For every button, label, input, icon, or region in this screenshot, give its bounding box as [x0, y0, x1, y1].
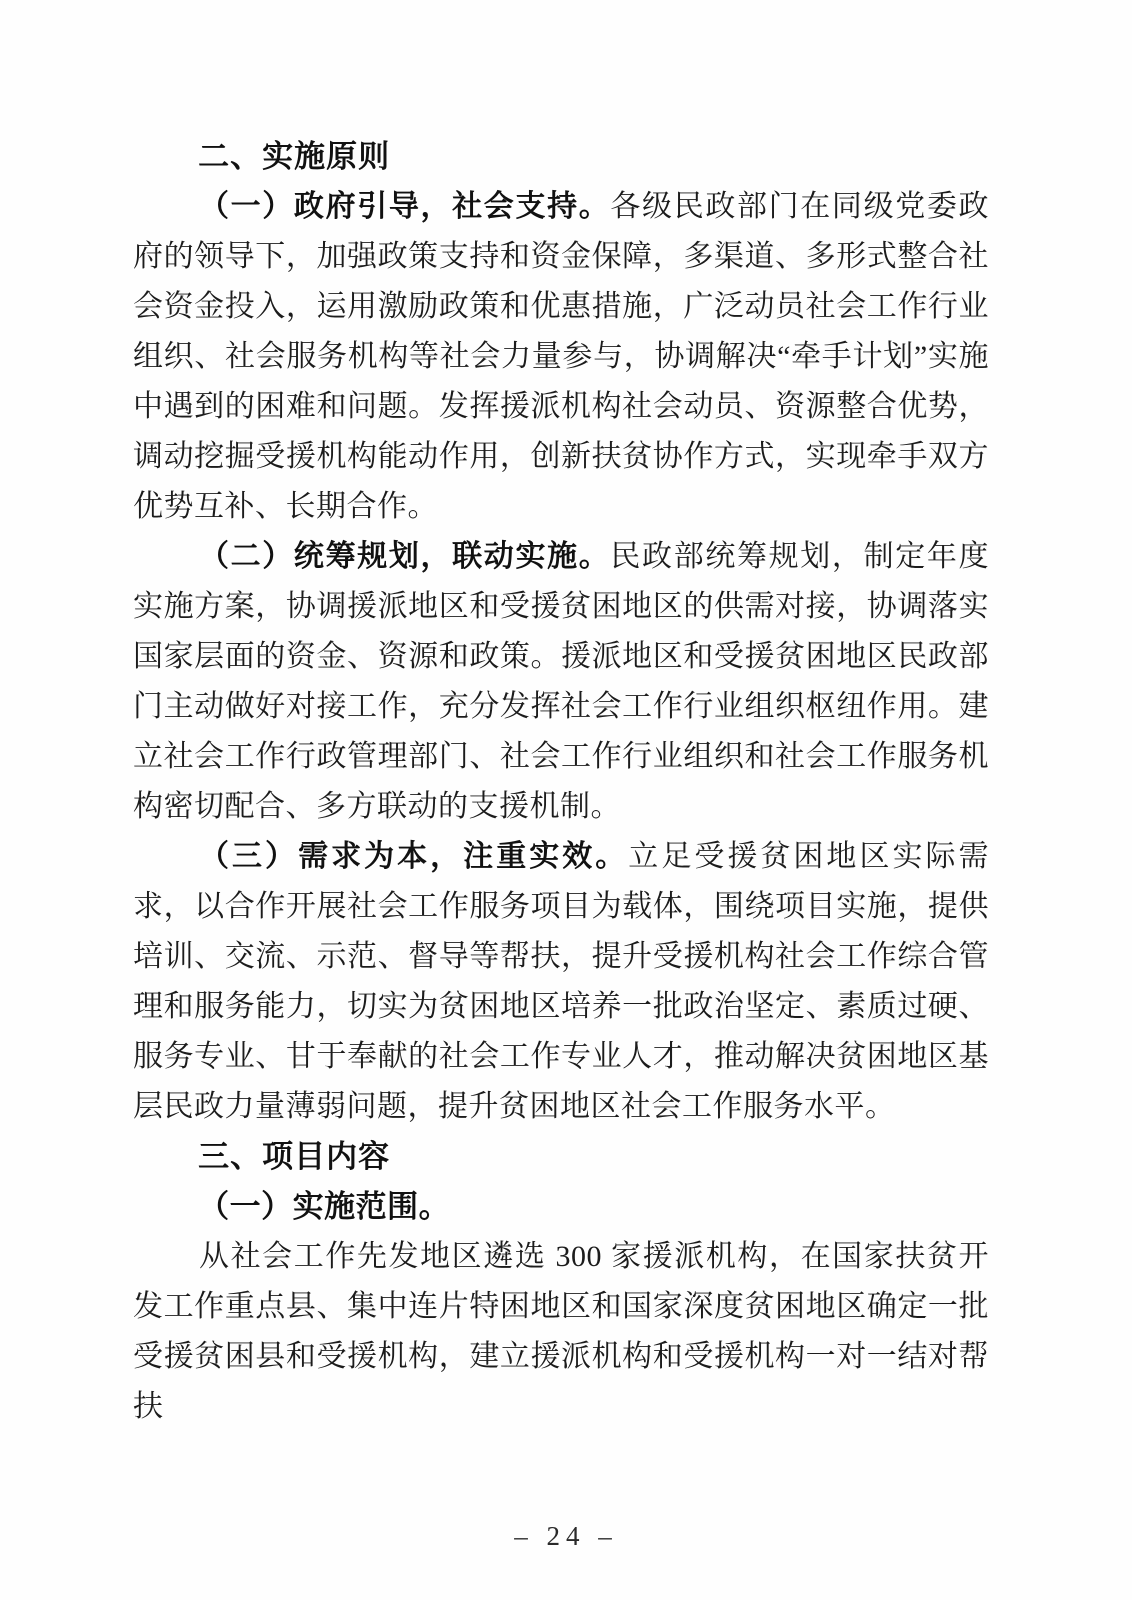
section-heading-project-content: 三、项目内容: [133, 1132, 989, 1182]
principle-3-lead: （三）需求为本，注重实效。: [199, 840, 628, 873]
paragraph-implementation-scope: 从社会工作先发地区遴选 300 家援派机构，在国家扶贫开发工作重点县、集中连片特…: [133, 1232, 989, 1432]
principle-2-body: 民政部统筹规划，制定年度实施方案，协调援派地区和受援贫困地区的供需对接，协调落实…: [133, 540, 989, 823]
principle-3-body: 立足受援贫困地区实际需求，以合作开展社会工作服务项目为载体，围绕项目实施，提供培…: [133, 840, 989, 1123]
document-body: 二、实施原则 （一）政府引导，社会支持。各级民政部门在同级党委政府的领导下，加强…: [133, 132, 989, 1432]
page-footer: – 24 –: [0, 1521, 1132, 1552]
principle-1-body: 各级民政部门在同级党委政府的领导下，加强政策支持和资金保障，多渠道、多形式整合社…: [133, 190, 989, 523]
subsection-heading-implementation-scope: （一）实施范围。: [133, 1182, 989, 1232]
principle-2-lead: （二）统筹规划，联动实施。: [199, 540, 610, 573]
paragraph-principle-3: （三）需求为本，注重实效。立足受援贫困地区实际需求，以合作开展社会工作服务项目为…: [133, 832, 989, 1132]
paragraph-principle-1: （一）政府引导，社会支持。各级民政部门在同级党委政府的领导下，加强政策支持和资金…: [133, 182, 989, 532]
paragraph-principle-2: （二）统筹规划，联动实施。民政部统筹规划，制定年度实施方案，协调援派地区和受援贫…: [133, 532, 989, 832]
document-page: 二、实施原则 （一）政府引导，社会支持。各级民政部门在同级党委政府的领导下，加强…: [0, 0, 1132, 1600]
principle-1-lead: （一）政府引导，社会支持。: [199, 190, 610, 223]
section-heading-implementation-principles: 二、实施原则: [133, 132, 989, 182]
page-number: – 24 –: [514, 1521, 618, 1551]
